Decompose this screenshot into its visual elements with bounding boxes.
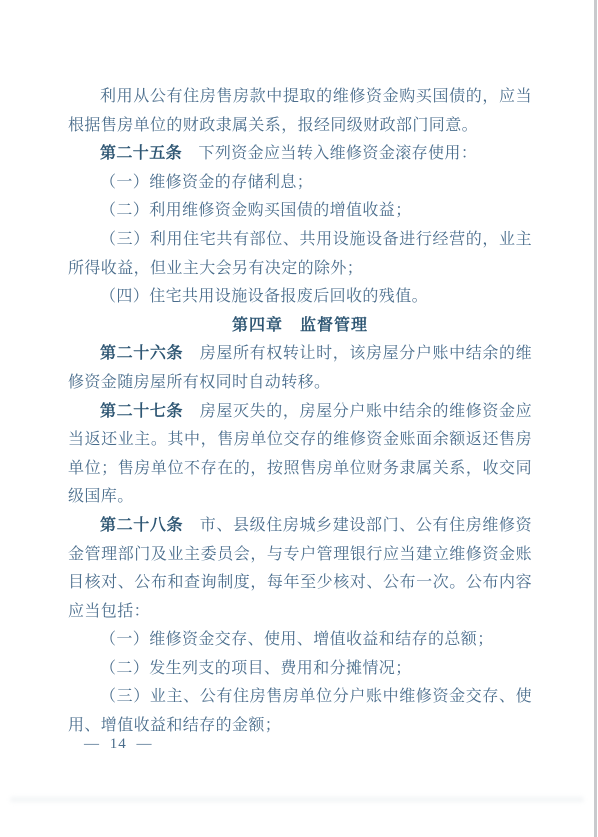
list-item: （二）利用维修资金购买国债的增值收益； — [68, 197, 532, 226]
page-number: — 14 — — [68, 736, 153, 753]
article-number: 第二十五条 — [100, 145, 182, 162]
paragraph: 第二十五条 下列资金应当转入维修资金滚存使用： — [68, 140, 532, 169]
scan-edge-artifact — [594, 0, 597, 837]
list-item: （四）住宅共用设施设备报废后回收的残值。 — [68, 283, 532, 312]
paragraph: 第二十八条 市、县级住房城乡建设部门、公有住房维修资金管理部门及业主委员会，与专… — [68, 512, 532, 626]
article-number: 第二十七条 — [100, 403, 183, 420]
scan-smudge-artifact — [10, 797, 584, 802]
paragraph-text: （一）维修资金的存储利息； — [100, 174, 313, 191]
paragraph-text: （二）发生列支的项目、费用和分摊情况； — [100, 660, 412, 677]
document-body: 利用从公有住房售房款中提取的维修资金购买国债的，应当根据售房单位的财政隶属关系，… — [68, 83, 532, 741]
list-item: （三）利用住宅共有部位、共用设施设备进行经营的，业主所得收益，但业主大会另有决定… — [68, 226, 532, 283]
article-number: 第二十八条 — [100, 517, 183, 534]
list-item: （三）业主、公有住房售房单位分户账中维修资金交存、使用、增值收益和结存的金额； — [68, 683, 532, 740]
paragraph-text: 利用从公有住房售房款中提取的维修资金购买国债的，应当根据售房单位的财政隶属关系，… — [68, 88, 532, 134]
paragraph-text: 下列资金应当转入维修资金滚存使用： — [182, 145, 477, 162]
paragraph-text: （一）维修资金交存、使用、增值收益和结存的总额； — [100, 631, 494, 648]
paragraph-text: （二）利用维修资金购买国债的增值收益； — [100, 202, 412, 219]
paragraph: 第二十六条 房屋所有权转让时，该房屋分户账中结余的维修资金随房屋所有权同时自动转… — [68, 340, 532, 397]
paragraph-text: （三）业主、公有住房售房单位分户账中维修资金交存、使用、增值收益和结存的金额； — [68, 688, 532, 734]
list-item: （一）维修资金交存、使用、增值收益和结存的总额； — [68, 626, 532, 655]
paragraph-text: （四）住宅共用设施设备报废后回收的残值。 — [100, 288, 428, 305]
paragraph-text: （三）利用住宅共有部位、共用设施设备进行经营的，业主所得收益，但业主大会另有决定… — [68, 231, 532, 277]
article-number: 第二十六条 — [100, 345, 183, 362]
list-item: （一）维修资金的存储利息； — [68, 169, 532, 198]
chapter-heading: 第四章 监督管理 — [68, 312, 532, 341]
document-page: 利用从公有住房售房款中提取的维修资金购买国债的，应当根据售房单位的财政隶属关系，… — [0, 0, 598, 837]
list-item: （二）发生列支的项目、费用和分摊情况； — [68, 655, 532, 684]
paragraph: 利用从公有住房售房款中提取的维修资金购买国债的，应当根据售房单位的财政隶属关系，… — [68, 83, 532, 140]
paragraph: 第二十七条 房屋灭失的，房屋分户账中结余的维修资金应当返还业主。其中，售房单位交… — [68, 398, 532, 512]
